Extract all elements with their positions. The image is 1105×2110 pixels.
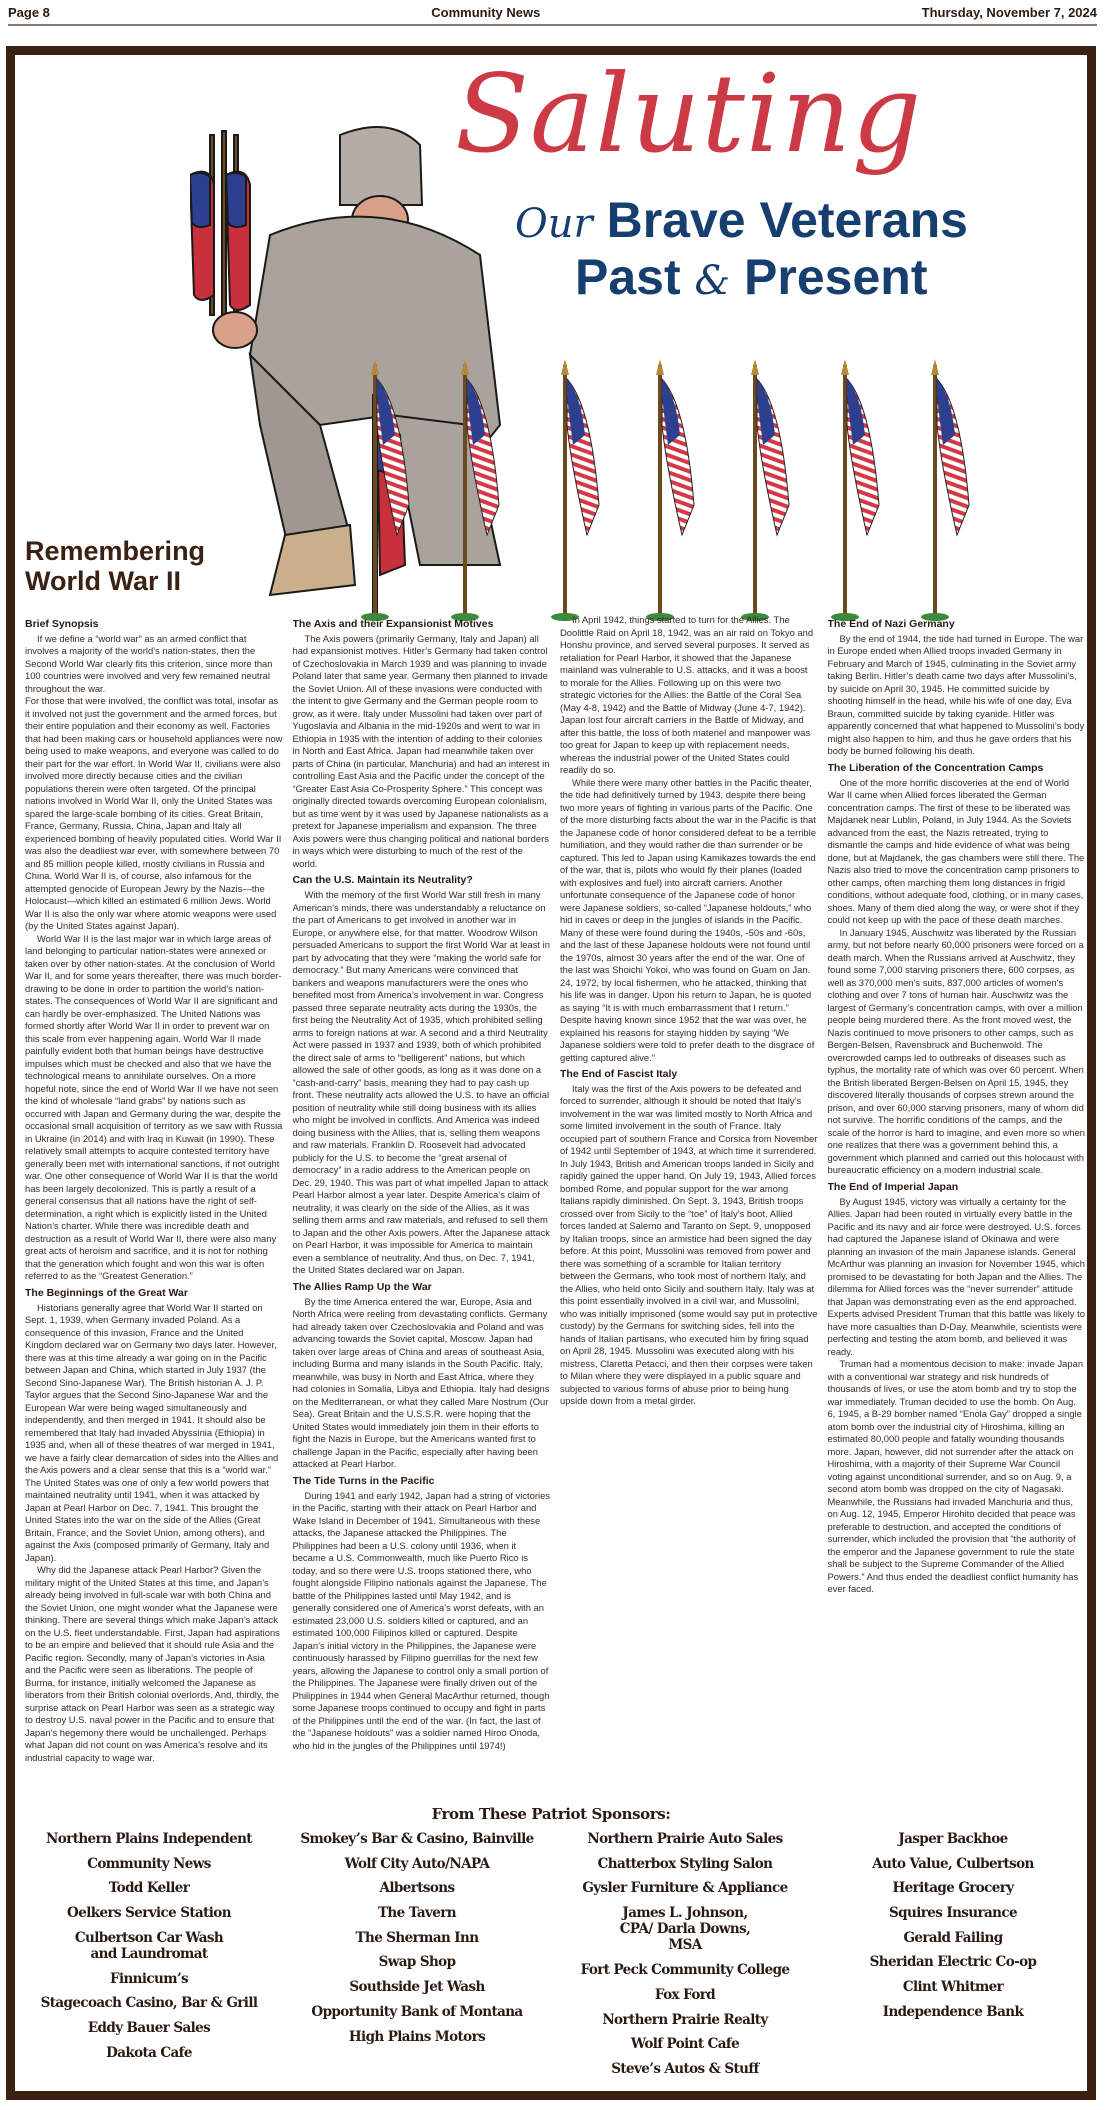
section-heading: The End of Imperial Japan xyxy=(828,1181,1086,1195)
section-heading: Brief Synopsis xyxy=(25,618,283,632)
sponsor-name: Jasper Backhoe xyxy=(819,1831,1087,1847)
paragraph: Truman had a momentous decision to make:… xyxy=(828,1358,1086,1596)
sponsor-name: Gysler Furniture & Appliance xyxy=(551,1880,819,1896)
article-column-2: The Axis and their Expansionist Motives … xyxy=(293,614,551,1844)
section-heading: The End of Fascist Italy xyxy=(560,1068,818,1082)
sponsor-name: Todd Keller xyxy=(15,1880,283,1896)
hero-title-ampersand: & xyxy=(695,258,731,304)
sponsor-name: Oelkers Service Station xyxy=(15,1905,283,1921)
section-heading: The Tide Turns in the Pacific xyxy=(293,1475,551,1489)
page-number: Page 8 xyxy=(8,5,50,20)
paragraph: By the end of 1944, the tide had turned … xyxy=(828,633,1086,758)
hero-title-present: Present xyxy=(744,249,927,305)
sponsor-name: Wolf City Auto/NAPA xyxy=(283,1856,551,1872)
hero-title-saluting: Saluting xyxy=(455,61,922,169)
sponsor-name: Smokey’s Bar & Casino, Bainville xyxy=(283,1831,551,1847)
paragraph: During 1941 and early 1942, Japan had a … xyxy=(293,1490,551,1753)
issue-date: Thursday, November 7, 2024 xyxy=(922,5,1097,20)
sponsor-name: Chatterbox Styling Salon xyxy=(551,1856,819,1872)
sponsor-name: Community News xyxy=(15,1856,283,1872)
sponsor-column-1: Northern Plains Independent Community Ne… xyxy=(15,1831,283,2086)
hero-title-our: Our xyxy=(515,201,593,247)
paragraph: One of the more horrific discoveries at … xyxy=(828,777,1086,927)
article-title-line2: World War II xyxy=(25,567,205,597)
section-heading: The Allies Ramp Up the War xyxy=(293,1281,551,1295)
section-heading: The Axis and their Expansionist Motives xyxy=(293,618,551,632)
sponsor-name: Northern Prairie Realty xyxy=(551,2012,819,2028)
sponsor-name: High Plains Motors xyxy=(283,2029,551,2045)
paragraph: World War II is the last major war in wh… xyxy=(25,933,283,1283)
sponsor-name: Stagecoach Casino, Bar & Grill xyxy=(15,1995,283,2011)
sponsor-name: Gerald Failing xyxy=(819,1930,1087,1946)
sponsor-name: Independence Bank xyxy=(819,2004,1087,2020)
hero-banner: Saluting Our Brave Veterans Past & Prese… xyxy=(15,55,1087,615)
sponsor-name: Dakota Cafe xyxy=(15,2045,283,2061)
sponsor-name: Fox Ford xyxy=(551,1987,819,2003)
article-body: Brief Synopsis If we define a “world war… xyxy=(25,614,1085,1844)
section-heading: The Liberation of the Concentration Camp… xyxy=(828,762,1086,776)
paragraph: With the memory of the first World War s… xyxy=(293,889,551,1277)
sponsor-name: Clint Whitmer xyxy=(819,1979,1087,1995)
article-title: Remembering World War II xyxy=(25,537,205,596)
sponsor-name: Steve’s Autos & Stuff xyxy=(551,2061,819,2077)
sponsor-name: Swap Shop xyxy=(283,1954,551,1970)
publication-name: Community News xyxy=(431,5,540,20)
hero-title-brave-veterans: Our Brave Veterans xyxy=(515,195,968,245)
sponsors-heading: From These Patriot Sponsors: xyxy=(15,1805,1087,1823)
sponsor-name: Northern Plains Independent xyxy=(15,1831,283,1847)
paragraph: The Axis powers (primarily Germany, Ital… xyxy=(293,633,551,871)
header-divider xyxy=(8,24,1097,26)
section-heading: The Beginnings of the Great War xyxy=(25,1287,283,1301)
sponsor-name: Heritage Grocery xyxy=(819,1880,1087,1896)
sponsor-name: Squires Insurance xyxy=(819,1905,1087,1921)
paragraph: Italy was the first of the Axis powers t… xyxy=(560,1083,818,1408)
hero-title-past: Past xyxy=(575,249,681,305)
sponsor-column-2: Smokey’s Bar & Casino, Bainville Wolf Ci… xyxy=(283,1831,551,2086)
page-header: Page 8 Community News Thursday, November… xyxy=(8,0,1097,24)
paragraph: In January 1945, Auschwitz was liberated… xyxy=(828,927,1086,1177)
flag-row-illustration xyxy=(335,355,1035,625)
article-column-1: Brief Synopsis If we define a “world war… xyxy=(25,614,283,1844)
sponsor-column-3: Northern Prairie Auto Sales Chatterbox S… xyxy=(551,1831,819,2086)
sponsor-name: Eddy Bauer Sales xyxy=(15,2020,283,2036)
sponsor-name: Opportunity Bank of Montana xyxy=(283,2004,551,2020)
section-heading: Can the U.S. Maintain its Neutrality? xyxy=(293,874,551,888)
sponsor-name: Auto Value, Culbertson xyxy=(819,1856,1087,1872)
paragraph: By the time America entered the war, Eur… xyxy=(293,1296,551,1471)
sponsors-section: From These Patriot Sponsors: Northern Pl… xyxy=(15,1805,1087,2105)
sponsor-name: Albertsons xyxy=(283,1880,551,1896)
sponsor-name: Culbertson Car Wash and Laundromat xyxy=(74,1930,224,1962)
article-title-line1: Remembering xyxy=(25,537,205,567)
hero-title-line2: Brave Veterans xyxy=(607,192,968,248)
section-heading: The End of Nazi Germany xyxy=(828,618,1086,632)
paragraph: For those that were involved, the confli… xyxy=(25,695,283,933)
paragraph: Why did the Japanese attack Pearl Harbor… xyxy=(25,1564,283,1764)
sponsors-grid: Northern Plains Independent Community Ne… xyxy=(15,1831,1087,2086)
article-column-4: The End of Nazi Germany By the end of 19… xyxy=(828,614,1086,1844)
hero-title-past-present: Past & Present xyxy=(575,252,927,302)
sponsor-name: The Sherman Inn xyxy=(283,1930,551,1946)
sponsor-name: The Tavern xyxy=(283,1905,551,1921)
sponsor-name: James L. Johnson, CPA/ Darla Downs, MSA xyxy=(605,1905,765,1954)
sponsor-column-4: Jasper Backhoe Auto Value, Culbertson He… xyxy=(819,1831,1087,2086)
paragraph: Historians generally agree that World Wa… xyxy=(25,1302,283,1565)
sponsor-name: Finnicum’s xyxy=(15,1971,283,1987)
sponsor-name: Wolf Point Cafe xyxy=(551,2036,819,2052)
sponsor-name: Northern Prairie Auto Sales xyxy=(551,1831,819,1847)
sponsor-name: Sheridan Electric Co-op xyxy=(819,1954,1087,1970)
paragraph: While there were many other battles in t… xyxy=(560,777,818,1065)
paragraph: In April 1942, things started to turn fo… xyxy=(560,614,818,777)
paragraph: If we define a “world war” as an armed c… xyxy=(25,633,283,696)
sponsor-name: Southside Jet Wash xyxy=(283,1979,551,1995)
article-column-3: In April 1942, things started to turn fo… xyxy=(560,614,818,1844)
advertorial-frame: Saluting Our Brave Veterans Past & Prese… xyxy=(6,46,1096,2100)
paragraph: By August 1945, victory was virtually a … xyxy=(828,1196,1086,1359)
sponsor-name: Fort Peck Community College xyxy=(551,1962,819,1978)
